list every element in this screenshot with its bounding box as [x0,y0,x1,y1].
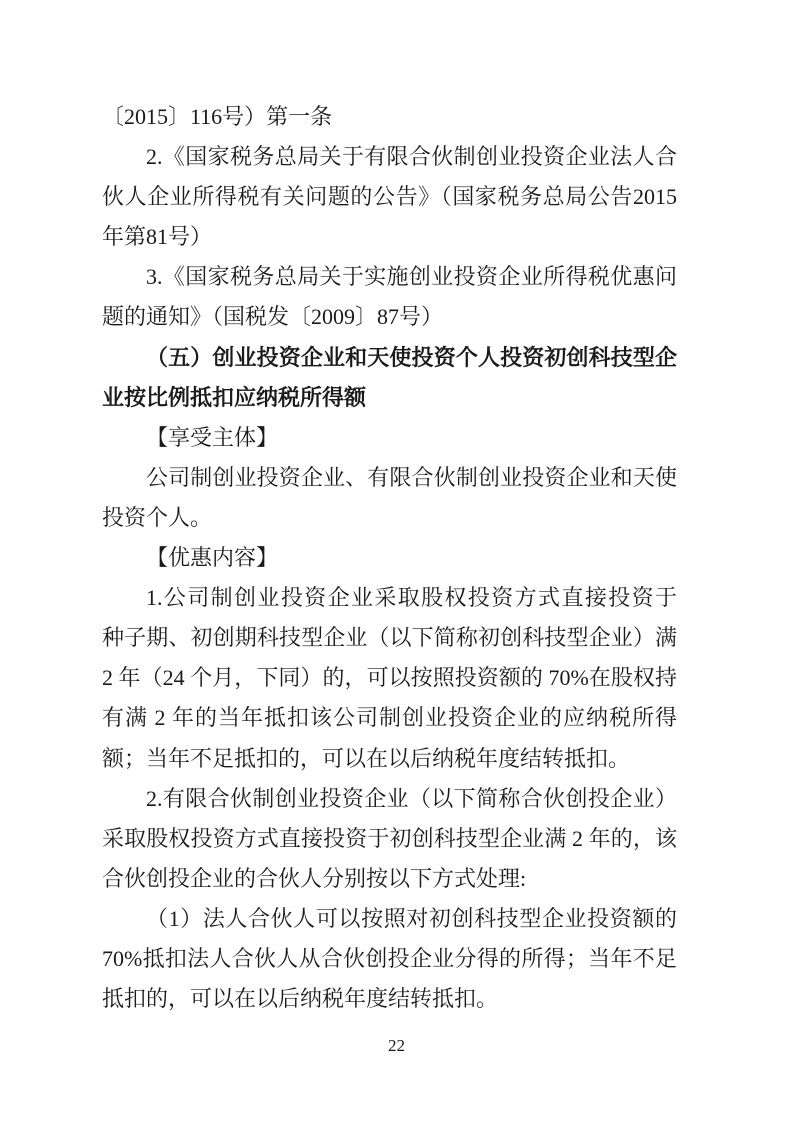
body-text-line: 2.有限合伙制创业投资企业（以下简称合伙创投企业） [102,779,677,819]
body-text-line: 题的通知》（国税发〔2009〕87号） [102,297,677,337]
body-text-line: 投资个人。 [102,498,677,538]
section-label-line: 【优惠内容】 [102,538,677,578]
section-heading-line: 业按比例抵扣应纳税所得额 [102,378,677,418]
body-text-line: 采取股权投资方式直接投资于初创科技型企业满 2 年的，该 [102,819,677,859]
section-label-line: 【享受主体】 [102,418,677,458]
document-page: 〔2015〕116号）第一条 2.《国家税务总局关于有限合伙制创业投资企业法人合… [0,0,793,1122]
body-text-line: 有满 2 年的当年抵扣该公司制创业投资企业的应纳税所得 [102,698,677,738]
body-text-line: 公司制创业投资企业、有限合伙制创业投资企业和天使 [102,458,677,498]
page-number: 22 [0,1036,793,1056]
body-text-line: 1.公司制创业投资企业采取股权投资方式直接投资于 [102,578,677,618]
body-text-line: 种子期、初创期科技型企业（以下简称初创科技型企业）满 [102,618,677,658]
body-text-line: 伙人企业所得税有关问题的公告》（国家税务总局公告2015 [102,177,677,217]
section-heading-line: （五）创业投资企业和天使投资个人投资初创科技型企 [102,338,677,378]
body-text-line: 〔2015〕116号）第一条 [102,97,677,137]
body-text-line: 3.《国家税务总局关于实施创业投资企业所得税优惠问 [102,257,677,297]
body-text-line: 70%抵扣法人合伙人从合伙创投企业分得的所得；当年不足 [102,939,677,979]
document-body: 〔2015〕116号）第一条 2.《国家税务总局关于有限合伙制创业投资企业法人合… [102,97,677,1019]
body-text-line: 抵扣的，可以在以后纳税年度结转抵扣。 [102,979,677,1019]
body-text-line: 年第81号） [102,217,677,257]
body-text-line: 2 年（24 个月，下同）的，可以按照投资额的 70%在股权持 [102,658,677,698]
body-text-line: 额；当年不足抵扣的，可以在以后纳税年度结转抵扣。 [102,739,677,779]
body-text-line: 2.《国家税务总局关于有限合伙制创业投资企业法人合 [102,137,677,177]
body-text-line: （1）法人合伙人可以按照对初创科技型企业投资额的 [102,899,677,939]
body-text-line: 合伙创投企业的合伙人分别按以下方式处理: [102,859,677,899]
